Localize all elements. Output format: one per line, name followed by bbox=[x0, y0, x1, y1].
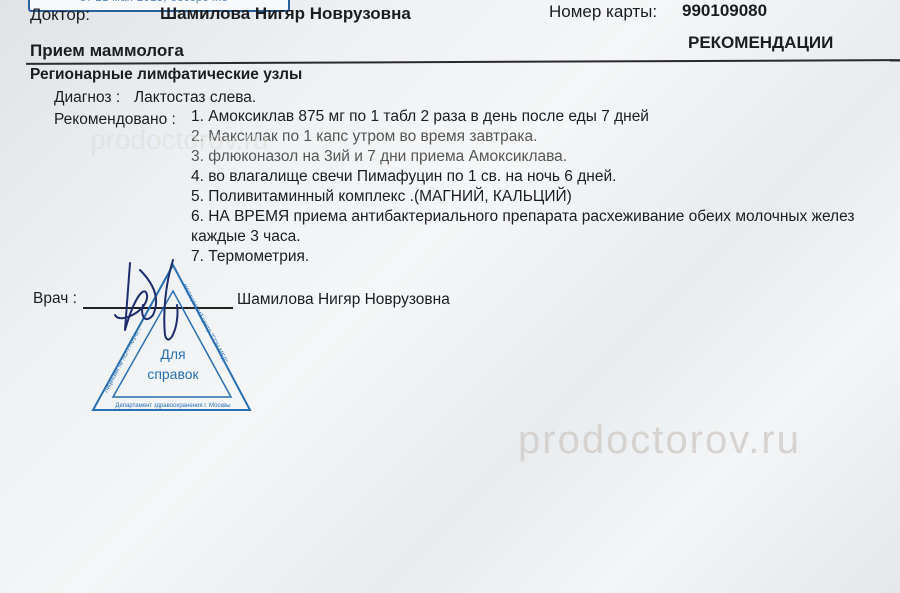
recommendation-item: каждые 3 часа. bbox=[191, 227, 855, 247]
recommendation-item: 2. Максилак по 1 капс утром во время зав… bbox=[191, 127, 855, 147]
stamp-triangle: Для справок Лицензия № ЛО-77-01-0... мед… bbox=[85, 255, 260, 415]
watermark: prodoctorov.ru bbox=[518, 418, 801, 463]
stamp-left-text: Лицензия № ЛО-77-01-0... bbox=[103, 326, 143, 394]
recommendation-item: 1. Амоксиклав 875 мг по 1 табл 2 раза в … bbox=[191, 107, 855, 127]
stamp-text-line2: справок bbox=[147, 366, 199, 382]
recommendation-item: 6. НА ВРЕМЯ приема антибактериального пр… bbox=[191, 207, 855, 227]
stamp-bottom-text: Департамент здравоохранения г. Москвы bbox=[115, 403, 230, 409]
section-title: РЕКОМЕНДАЦИИ bbox=[688, 33, 833, 53]
watermark-faint: prodoctorov.ru bbox=[90, 124, 268, 156]
stamp-text-line1: Для bbox=[160, 346, 185, 362]
recommendation-item: 4. во влагалище свечи Пимафуцин по 1 св.… bbox=[191, 167, 855, 187]
recommendation-item: 7. Термометрия. bbox=[191, 247, 855, 267]
signature-label: Врач : bbox=[33, 290, 77, 308]
visit-type: Прием маммолога bbox=[30, 41, 184, 61]
doctor-label: Доктор: bbox=[30, 5, 90, 25]
diagnosis-label: Диагноз : bbox=[54, 89, 120, 107]
card-number-label: Номер карты: bbox=[549, 2, 657, 22]
recommendation-item: 5. Поливитаминный комплекс .(МАГНИЙ, КАЛ… bbox=[191, 187, 855, 207]
diagnosis-value: Лактостаз слева. bbox=[134, 89, 256, 107]
card-number: 990109080 bbox=[682, 1, 767, 21]
stamp-right-text: медицинский центр "СОН-МЕД" bbox=[181, 283, 229, 364]
recommendation-item: 3. флюконазол на 3ий и 7 дни приема Амок… bbox=[191, 147, 855, 167]
subheading: Регионарные лимфатические узлы bbox=[30, 66, 302, 84]
signature-name: Шамилова Нигяр Новрузовна bbox=[237, 291, 450, 309]
doctor-name: Шамилова Нигяр Новрузовна bbox=[160, 4, 411, 24]
recommendations-list: 1. Амоксиклав 875 мг по 1 табл 2 раза в … bbox=[191, 107, 855, 267]
